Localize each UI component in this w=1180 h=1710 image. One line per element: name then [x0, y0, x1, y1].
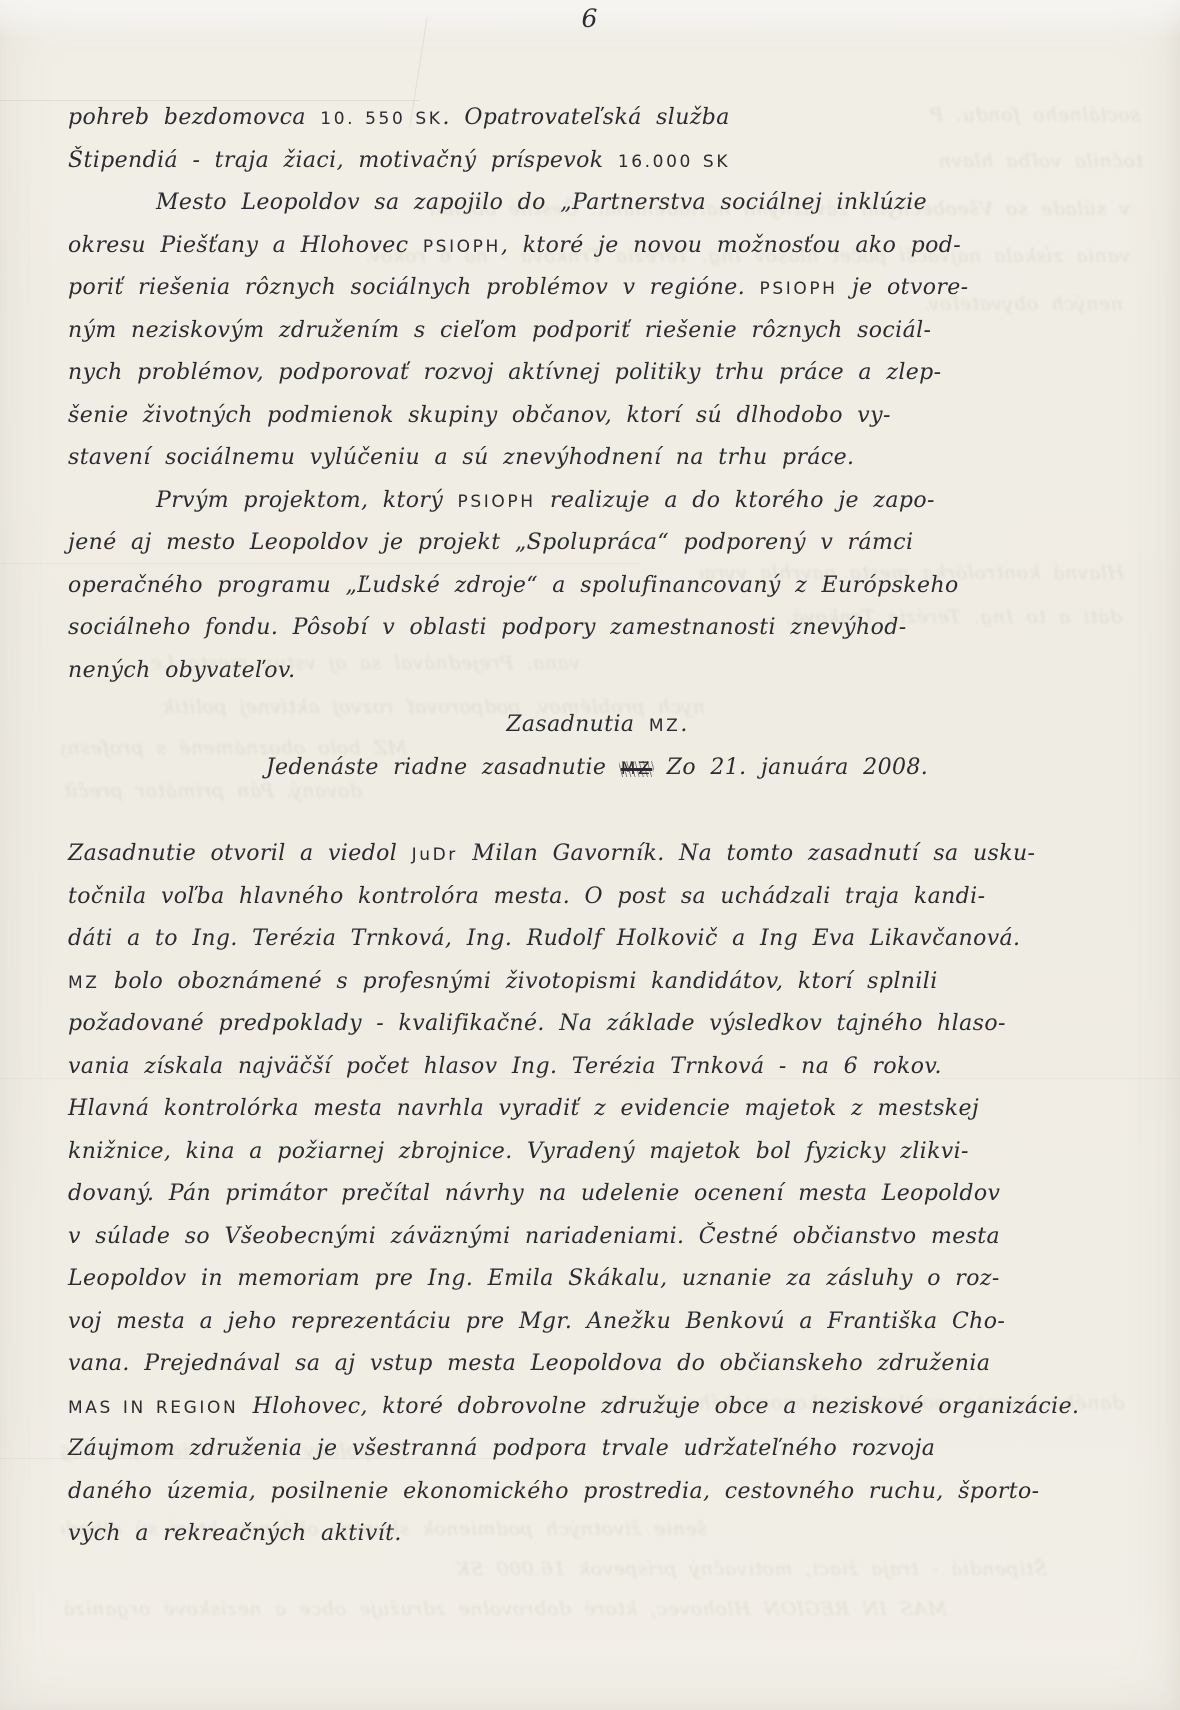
handwritten-text: točnila voľba hlavného kontrolóra mesta.… [68, 884, 985, 909]
handwritten-text: Hlavná kontrolórka mesta navrhla vyradiť… [68, 1096, 979, 1121]
printed-caps-text: 10. 550 SK [320, 109, 442, 129]
text-line: sociálneho fondu. Pôsobí v oblasti podpo… [68, 607, 1126, 650]
handwritten-text: voj mesta a jeho reprezentáciu pre Mgr. … [68, 1309, 1005, 1334]
handwritten-text: Zasadnutie otvoril a viedol [68, 841, 412, 866]
scanned-document-page: sociálneho fondu. Pôsobí v oblasti podpo… [0, 0, 1180, 1710]
handwritten-text: dovaný. Pán primátor prečítal návrhy na … [68, 1181, 1000, 1206]
printed-caps-text: 16.000 SK [618, 152, 730, 172]
bleedthrough-ghost-text: Štipendiá - traja žiaci, motivačný prísp… [62, 1554, 1047, 1584]
text-line: šenie životných podmienok skupiny občano… [68, 395, 1126, 438]
text-line: Mesto Leopoldov sa zapojilo do „Partners… [68, 182, 1126, 225]
handwritten-text: Mesto Leopoldov sa zapojilo do „Partners… [156, 190, 927, 215]
text-line: pohreb bezdomovca 10. 550 SK. Opatrovate… [68, 97, 1126, 140]
text-line: poriť riešenia rôznych sociálnych problé… [68, 267, 1126, 310]
text-line: v súlade so Všeobecnými záväznými nariad… [68, 1216, 1126, 1259]
text-line: dovaný. Pán primátor prečítal návrhy na … [68, 1173, 1126, 1216]
printed-caps-text: JuDr [412, 845, 458, 865]
text-line: Štipendiá - traja žiaci, motivačný prísp… [68, 140, 1126, 183]
handwritten-text: realizuje a do ktorého je zapo- [536, 488, 935, 513]
text-line: vana. Prejednával sa aj vstup mesta Leop… [68, 1343, 1126, 1386]
bleedthrough-ghost-text: MAS IN REGION Hlohovec, ktoré dobrovolne… [62, 1594, 947, 1624]
text-line: jené aj mesto Leopoldov je projekt „Spol… [68, 522, 1126, 565]
document-body: pohreb bezdomovca 10. 550 SK. Opatrovate… [68, 97, 1126, 1556]
text-line: stavení sociálnemu vylúčeniu a sú znevýh… [68, 437, 1126, 480]
handwritten-text: Zasadnutia [506, 712, 649, 737]
handwritten-text: jené aj mesto Leopoldov je projekt „Spol… [68, 530, 913, 555]
text-line: voj mesta a jeho reprezentáciu pre Mgr. … [68, 1301, 1126, 1344]
handwritten-text: Hlohovec, ktoré dobrovolne združuje obce… [238, 1394, 1079, 1419]
text-line: Leopoldov in memoriam pre Ing. Emila Ská… [68, 1258, 1126, 1301]
handwritten-text: pohreb bezdomovca [68, 105, 320, 130]
text-line: Prvým projektom, ktorý PSIOPH realizuje … [68, 480, 1126, 523]
handwritten-text: Prvým projektom, ktorý [156, 488, 458, 513]
text-line: vania získala najväčší počet hlasov Ing.… [68, 1046, 1126, 1089]
printed-caps-text: MZ [649, 716, 681, 736]
text-line: dáti a to Ing. Terézia Trnková, Ing. Rud… [68, 918, 1126, 961]
text-line: operačného programu „Ľudské zdroje“ a sp… [68, 565, 1126, 608]
text-line: daného územia, posilnenie ekonomického p… [68, 1471, 1126, 1514]
handwritten-text: daného územia, posilnenie ekonomického p… [68, 1479, 1040, 1504]
handwritten-text: vania získala najväčší počet hlasov Ing.… [68, 1054, 942, 1079]
text-line: vých a rekreačných aktivít. [68, 1513, 1126, 1556]
handwritten-text: knižnice, kina a požiarnej zbrojnice. Vy… [68, 1139, 969, 1164]
page-number: 6 [0, 4, 1180, 33]
printed-caps-text: PSIOPH [759, 279, 837, 299]
handwritten-text: bolo oboznámené s profesnými životopismi… [100, 969, 938, 994]
text-line: ným neziskovým združením s cieľom podpor… [68, 310, 1126, 353]
handwritten-text: . Opatrovateľská služba [443, 105, 730, 130]
printed-caps-text: MZ [68, 973, 100, 993]
handwritten-text: , ktoré je novou možnosťou ako pod- [501, 233, 961, 258]
handwritten-text: Zo 21. januára 2008. [652, 755, 928, 780]
text-line: Záujmom združenia je všestranná podpora … [68, 1428, 1126, 1471]
handwritten-text: je otvore- [838, 275, 969, 300]
handwritten-text: okresu Piešťany a Hlohovec [68, 233, 423, 258]
printed-caps-text: PSIOPH [458, 492, 536, 512]
text-line: nych problémov, podporovať rozvoj aktívn… [68, 352, 1126, 395]
text-line: požadované predpoklady - kvalifikačné. N… [68, 1003, 1126, 1046]
handwritten-text: Štipendiá - traja žiaci, motivačný prísp… [68, 148, 618, 173]
printed-caps-text: PSIOPH [423, 237, 501, 257]
handwritten-text: Milan Gavorník. Na tomto zasadnutí sa us… [458, 841, 1035, 866]
text-line: MZ bolo oboznámené s profesnými životopi… [68, 961, 1126, 1004]
handwritten-text: stavení sociálnemu vylúčeniu a sú znevýh… [68, 445, 854, 470]
text-line: okresu Piešťany a Hlohovec PSIOPH, ktoré… [68, 225, 1126, 268]
handwritten-text: operačného programu „Ľudské zdroje“ a sp… [68, 573, 959, 598]
section-heading: Zasadnutia MZ. [68, 704, 1126, 747]
handwritten-text: nych problémov, podporovať rozvoj aktívn… [68, 360, 942, 385]
text-line: točnila voľba hlavného kontrolóra mesta.… [68, 876, 1126, 919]
session-subheading: Jedenáste riadne zasadnutie MZ Zo 21. ja… [68, 747, 1126, 790]
text-line: MAS IN REGION Hlohovec, ktoré dobrovolne… [68, 1386, 1126, 1429]
handwritten-text: poriť riešenia rôznych sociálnych problé… [68, 275, 759, 300]
text-line: nených obyvateľov. [68, 650, 1126, 693]
handwritten-text: ným neziskovým združením s cieľom podpor… [68, 318, 931, 343]
text-line: Hlavná kontrolórka mesta navrhla vyradiť… [68, 1088, 1126, 1131]
handwritten-text: v súlade so Všeobecnými záväznými nariad… [68, 1224, 1000, 1249]
handwritten-text: . [680, 712, 687, 737]
handwritten-text: vana. Prejednával sa aj vstup mesta Leop… [68, 1351, 990, 1376]
handwritten-text: sociálneho fondu. Pôsobí v oblasti podpo… [68, 615, 907, 640]
text-line: knižnice, kina a požiarnej zbrojnice. Vy… [68, 1131, 1126, 1174]
handwritten-text: Leopoldov in memoriam pre Ing. Emila Ská… [68, 1266, 1000, 1291]
handwritten-text: vých a rekreačných aktivít. [68, 1521, 402, 1546]
handwritten-text: požadované predpoklady - kvalifikačné. N… [68, 1011, 1006, 1036]
handwritten-text: Záujmom združenia je všestranná podpora … [68, 1436, 935, 1461]
struck-out-text: MZ [621, 759, 653, 779]
handwritten-text: nených obyvateľov. [68, 658, 296, 683]
handwritten-text: šenie životných podmienok skupiny občano… [68, 403, 891, 428]
text-line: Zasadnutie otvoril a viedol JuDr Milan G… [68, 833, 1126, 876]
handwritten-text: dáti a to Ing. Terézia Trnková, Ing. Rud… [68, 926, 1020, 951]
handwritten-text: Jedenáste riadne zasadnutie [266, 755, 621, 780]
printed-caps-text: MAS IN REGION [68, 1398, 238, 1418]
